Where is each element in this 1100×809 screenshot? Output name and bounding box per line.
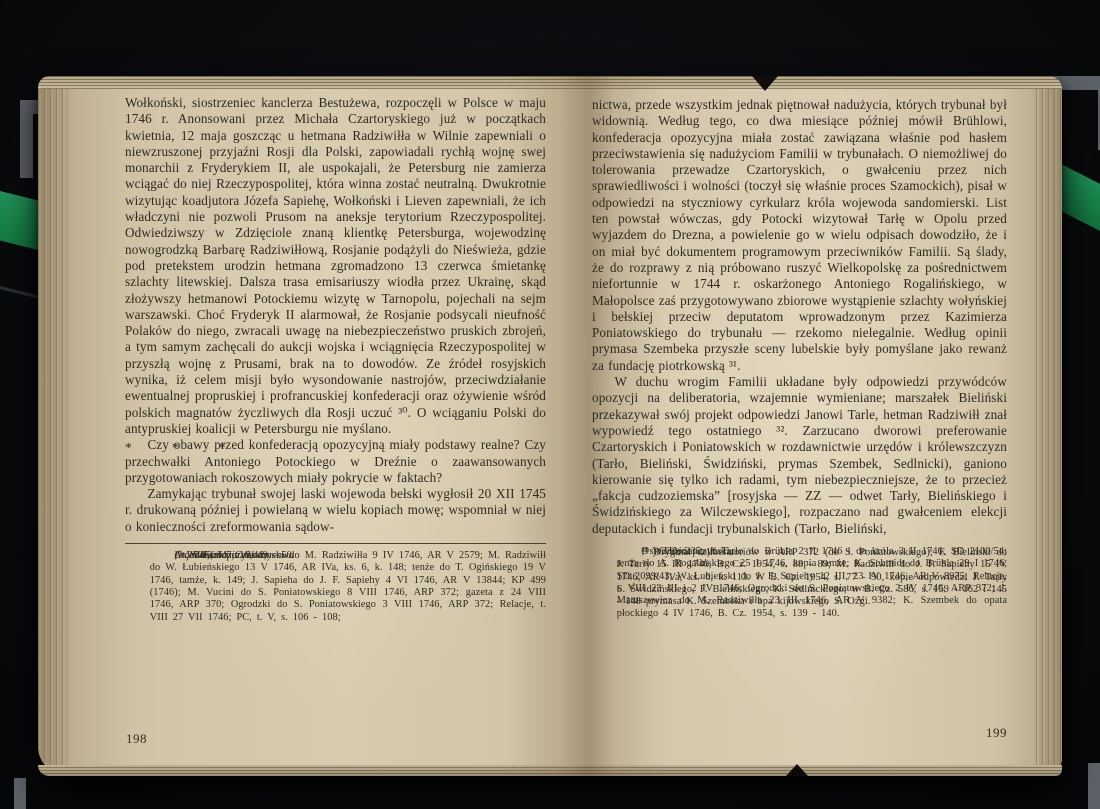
paragraph: W duchu wrogim Familii układane były odp…: [592, 374, 1007, 537]
corner-mark-bottom-left: [14, 778, 26, 809]
paragraph: Zamykając trybunał swojej laski wojewoda…: [125, 486, 546, 535]
gutter-notch-top: [752, 76, 778, 91]
left-page-text: Wołkoński, siostrzeniec kanclerza Bestuż…: [125, 95, 546, 550]
right-page-text: nictwa, przede wszystkim jednak piętnowa…: [592, 97, 1007, 547]
section-break-asterisks: * * *: [125, 440, 225, 456]
footnote-separator-rule: [125, 543, 546, 544]
corner-mark-bottom-right: [1088, 763, 1100, 809]
gutter-notch-bottom: [786, 764, 808, 776]
page-number-right: 199: [592, 725, 1007, 741]
page-shade-left: [38, 76, 133, 776]
open-book-spread: Wołkoński, siostrzeniec kanclerza Bestuż…: [38, 76, 1062, 776]
paragraph: Wołkoński, siostrzeniec kanclerza Bestuż…: [125, 95, 546, 437]
page-number-left: 198: [126, 731, 147, 747]
paragraph: nictwa, przede wszystkim jednak piętnowa…: [592, 97, 1007, 374]
footnote-gap: [592, 537, 1007, 546]
